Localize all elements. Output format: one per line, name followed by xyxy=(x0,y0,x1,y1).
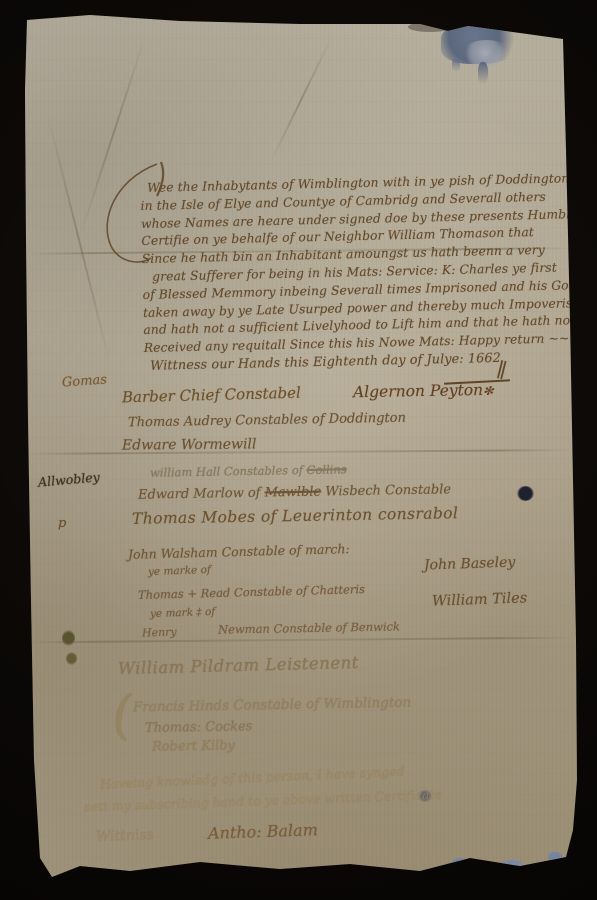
brace-flourish: ( xyxy=(110,685,134,746)
mark-note-2: ye mark ‡ of xyxy=(150,606,216,620)
photo-background: Wee the Inhabytants of Wimblington with … xyxy=(0,0,597,900)
signature-balam: Antho: Balam xyxy=(208,820,318,843)
signature-tiles: William Tiles xyxy=(432,590,528,609)
signature-hall-text: william Hall Constables of xyxy=(150,463,307,480)
signature-hall-struck-word: Collins xyxy=(306,462,346,477)
manuscript-paper: Wee the Inhabytants of Wimblington with … xyxy=(0,0,597,900)
mark-note-1: ye marke of xyxy=(148,564,211,578)
peyton-flourish-mark: ✻ xyxy=(482,382,494,398)
signature-henry: Henry xyxy=(142,625,177,639)
body-text: Wee the Inhabytants of Wimblington with … xyxy=(140,170,576,376)
signature-wormewill: Edware Wormewill xyxy=(122,436,257,453)
signature-cockes: Thomas: Cockes xyxy=(145,719,253,736)
signature-peyton-text: Algernon Peyton xyxy=(353,381,483,401)
signature-marlow-text-a: Edward Marlow of xyxy=(138,486,265,503)
signature-baseley: John Baseley xyxy=(424,554,516,573)
margin-note-gomas: Gomas xyxy=(62,372,108,390)
signature-marlow-text-b: Wisbech Constable xyxy=(321,482,451,499)
signature-kilby: Robert Kilby xyxy=(152,738,235,754)
margin-note-p: p xyxy=(58,516,66,531)
attestation-faint-word: Wittniss xyxy=(96,827,154,845)
signature-marlow-struck-word: Mawlble xyxy=(265,485,322,501)
signature-peyton: Algernon Peyton✻ xyxy=(353,381,494,401)
paper-laid-texture xyxy=(0,0,597,900)
